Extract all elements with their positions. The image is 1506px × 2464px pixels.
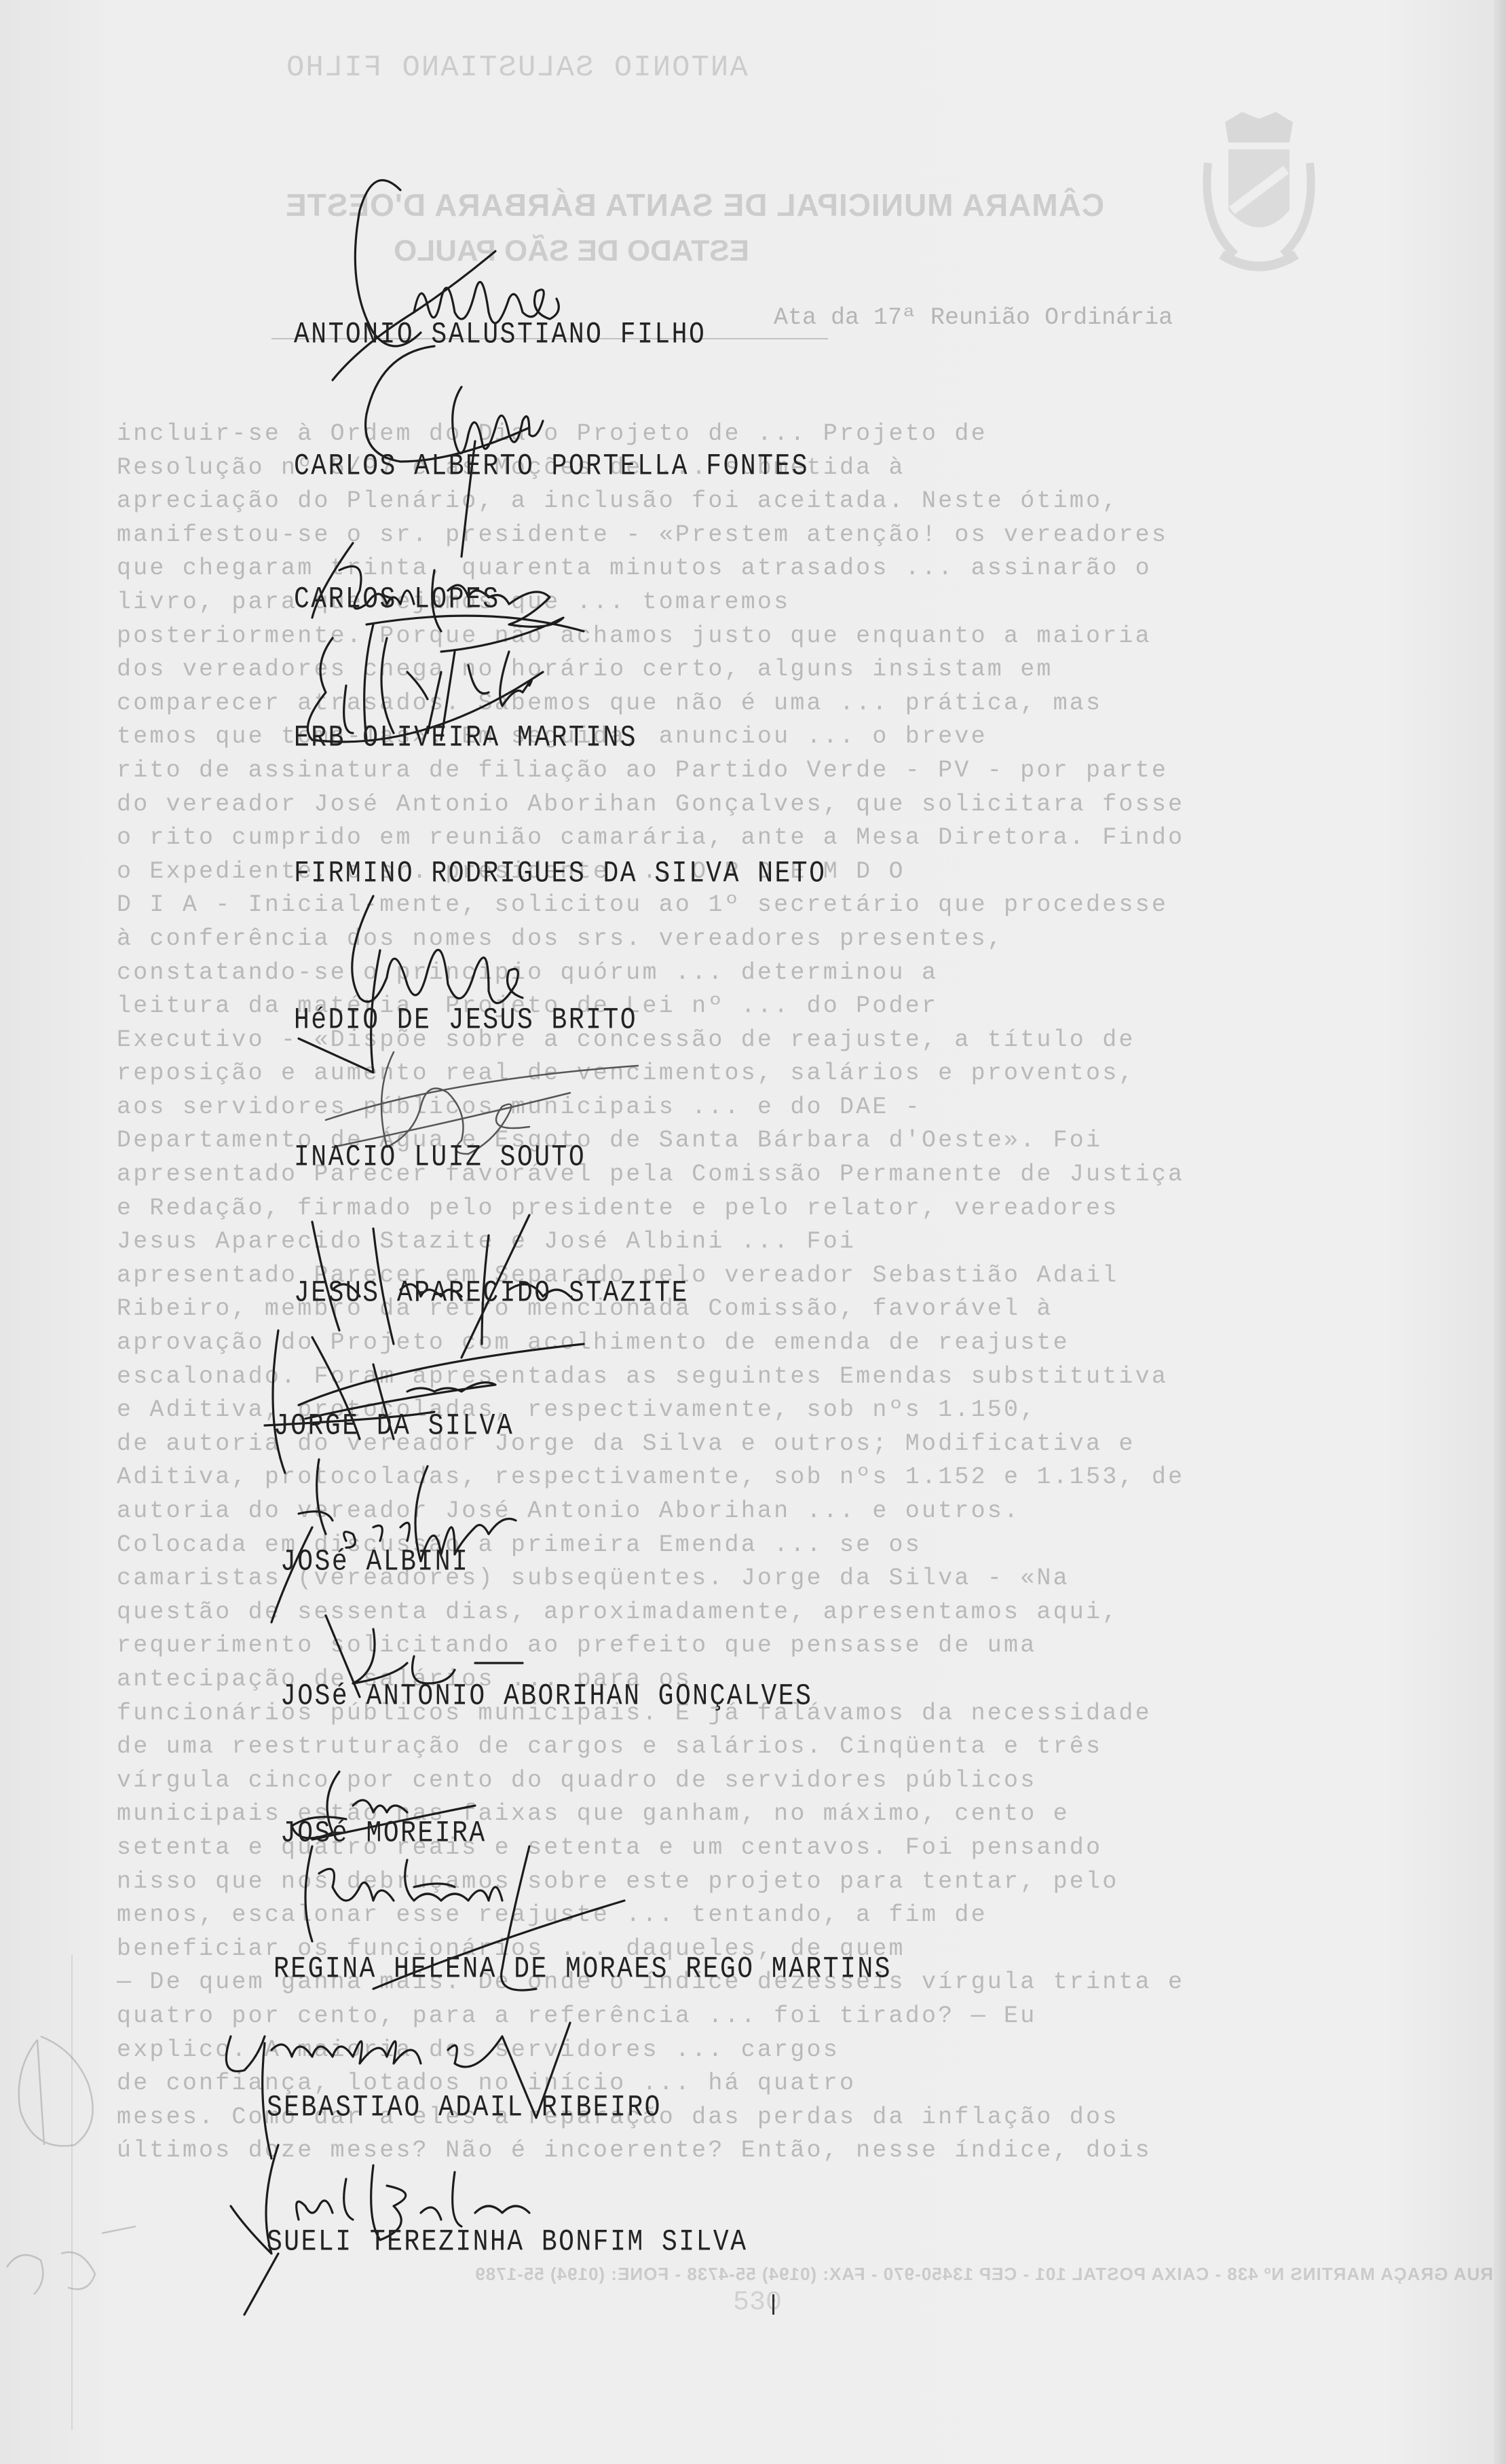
page-tick-mark — [772, 2294, 774, 2315]
body-line: o rito cumprido em reunião camarária, an… — [117, 821, 1444, 855]
page-edge-shadow — [1494, 0, 1506, 2464]
signatory-name: HéDIO DE JESUS BRITO — [294, 1003, 637, 1038]
signatory-name: INACIO LUIZ SOUTO — [294, 1140, 586, 1175]
signatory-name: ERB OLIVEIRA MARTINS — [294, 721, 637, 755]
signatory-name: SEBASTIAO ADAIL RIBEIRO — [267, 2091, 662, 2125]
body-line: apreciação do Plenário, a inclusão foi a… — [117, 485, 1444, 519]
signatory-name: JESUS APARECIDO STAZITE — [294, 1276, 689, 1311]
ghost-footer-address: RUA GRAÇA MARTINS Nº 438 - CAIXA POSTAL … — [68, 2264, 1493, 2285]
signatory-name: JOSé ANTONIO ABORIHAN GONÇALVES — [280, 1679, 812, 1714]
scanned-page: ANTONIO SALUSTIANO FILHO CÂMARA MUNICIPA… — [0, 0, 1506, 2464]
municipal-coat-of-arms-icon — [1194, 109, 1323, 278]
ghost-name-line: ANTONIO SALUSTIANO FILHO — [285, 51, 748, 85]
signature-regina-martins — [285, 1833, 665, 2023]
body-line: do vereador José Antonio Aborihan Gonçal… — [117, 788, 1444, 822]
ghost-page-number: 530 — [733, 2288, 782, 2318]
signatory-name: JORGE DA SILVA — [274, 1409, 514, 1444]
signatory-name: JOSé ALBINI — [280, 1545, 469, 1580]
signature-sebastiao-ribeiro — [217, 1996, 597, 2159]
minutes-subtitle: Ata da 17ª Reunião Ordinária — [774, 304, 1173, 331]
body-line: rito de assinatura de filiação ao Partid… — [117, 754, 1444, 788]
body-line: incluir-se à Ordem do Dia o Projeto de .… — [117, 417, 1444, 451]
signatory-name: CARLOS ALBERTO PORTELLA FONTES — [294, 449, 809, 484]
signatory-name: SUELI TEREZINHA BONFIM SILVA — [267, 2225, 748, 2260]
signatory-name: REGINA HELENA DE MORAES REGO MARTINS — [274, 1952, 892, 1987]
body-line: de uma reestruturação de cargos e salári… — [117, 1730, 1444, 1764]
